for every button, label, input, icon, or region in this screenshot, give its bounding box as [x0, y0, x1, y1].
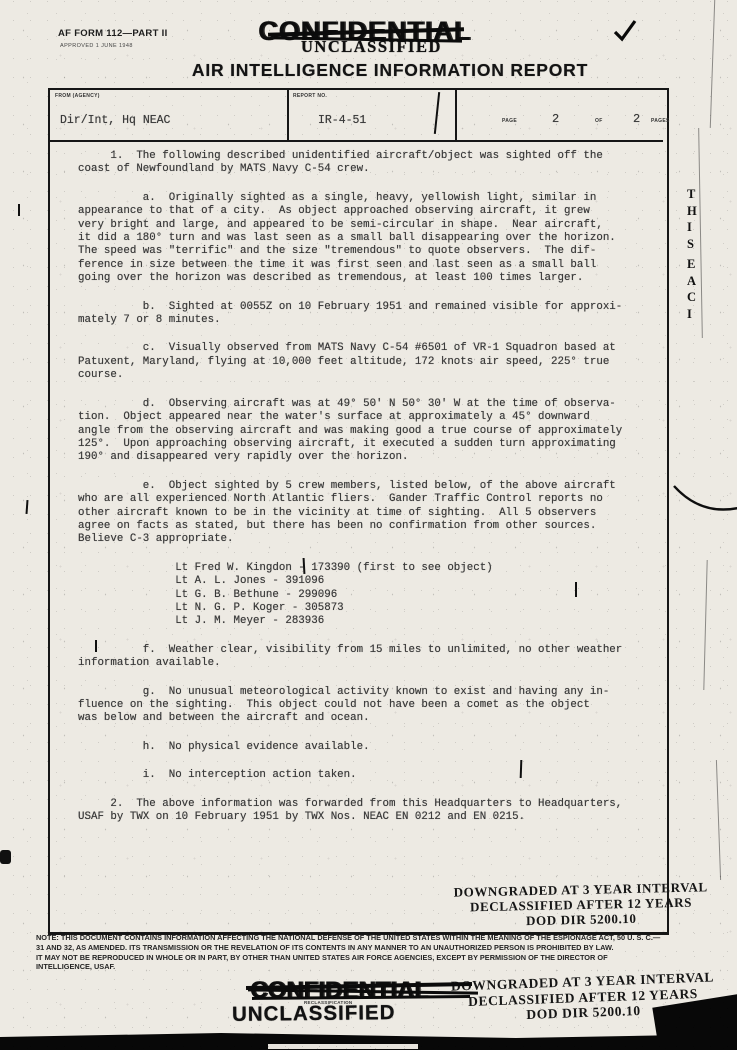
paragraph-b: b. Sighted at 0055Z on 10 February 1951 …	[78, 301, 656, 328]
scan-artifact	[26, 500, 29, 514]
scan-artifact	[703, 560, 708, 690]
paragraph-i: i. No interception action taken.	[78, 769, 656, 782]
page-label: PAGE	[502, 118, 517, 124]
paragraph-f: f. Weather clear, visibility from 15 mil…	[78, 644, 656, 671]
form-number: AF FORM 112—PART II	[58, 28, 168, 39]
margin-cutoff-letters: T H I S	[687, 186, 697, 252]
from-agency-label: FROM (AGENCY)	[55, 93, 100, 99]
table-divider	[287, 90, 289, 140]
scan-artifact	[575, 582, 577, 597]
document-title: AIR INTELLIGENCE INFORMATION REPORT	[60, 60, 720, 81]
paragraph-h: h. No physical evidence available.	[78, 741, 656, 754]
scan-artifact	[698, 128, 703, 338]
margin-cutoff-letters: E A C I	[687, 256, 696, 322]
table-divider	[455, 90, 457, 140]
report-no-value: IR-4-51	[318, 114, 366, 127]
scan-edge-notch	[268, 1044, 418, 1049]
security-note: NOTE: THIS DOCUMENT CONTAINS INFORMATION…	[36, 934, 737, 973]
scan-artifact	[0, 850, 11, 864]
page-number: 2	[552, 112, 559, 126]
paragraph-d: d. Observing aircraft was at 49° 50' N 5…	[78, 398, 656, 465]
paragraph-1: 1. The following described unidentified …	[78, 150, 656, 177]
report-no-label: REPORT NO.	[293, 93, 327, 99]
paragraph-a: a. Originally sighted as a single, heavy…	[78, 192, 656, 286]
downgrade-stamp-upper: DOWNGRADED AT 3 YEAR INTERVAL DECLASSIFI…	[425, 879, 737, 931]
paragraph-e: e. Object sighted by 5 crew members, lis…	[78, 480, 656, 547]
scan-artifact	[95, 640, 97, 652]
pen-checkmark-artifact	[612, 18, 638, 42]
of-label: OF	[595, 118, 603, 124]
crew-name-list: Lt Fred W. Kingdon - 173390 (first to se…	[78, 562, 656, 629]
paragraph-c: c. Visually observed from MATS Navy C-54…	[78, 342, 656, 382]
scan-artifact	[716, 760, 721, 880]
paragraph-2: 2. The above information was forwarded f…	[78, 798, 656, 825]
pages-label: PAGES	[651, 118, 670, 124]
total-pages: 2	[633, 112, 640, 126]
classification-overlay-bottom: UNCLASSIFIED	[232, 1001, 396, 1027]
header-table: FROM (AGENCY) Dir/Int, Hq NEAC REPORT NO…	[50, 90, 663, 142]
pen-curve-artifact	[672, 478, 737, 522]
from-agency-value: Dir/Int, Hq NEAC	[60, 114, 170, 127]
paragraph-g: g. No unusual meteorological activity kn…	[78, 686, 656, 726]
scanned-document-page: AF FORM 112—PART II APPROVED 1 JUNE 1948…	[0, 0, 737, 1050]
report-body: 1. The following described unidentified …	[78, 150, 656, 839]
form-approval-date: APPROVED 1 JUNE 1948	[60, 43, 133, 49]
scan-artifact	[18, 204, 20, 216]
